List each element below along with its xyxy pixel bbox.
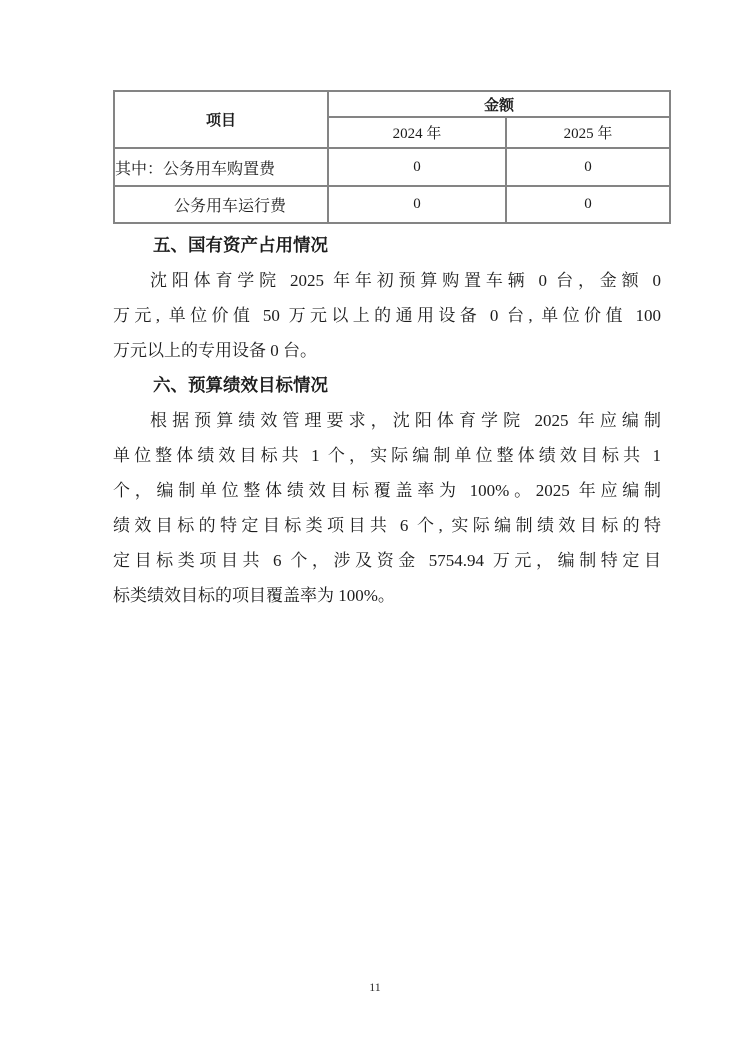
row-label-vehicle-operation: 公务用车运行费: [114, 186, 328, 223]
table-row: 其中：公务用车购置费 0 0: [114, 148, 670, 186]
paragraph-line: 单位整体绩效目标共 1 个，实际编制单位整体绩效目标共 1: [113, 438, 661, 473]
page-number: 11: [0, 980, 750, 995]
vehicle-purchase-2025-value: 0: [506, 148, 670, 186]
row-label-vehicle-purchase: 其中：公务用车购置费: [114, 148, 328, 186]
paragraph-line: 沈阳体育学院 2025 年年初预算购置车辆 0 台，金额 0: [113, 263, 661, 298]
table-row: 公务用车运行费 0 0: [114, 186, 670, 223]
paragraph-line: 个，编制单位整体绩效目标覆盖率为 100%。2025 年应编制: [113, 473, 661, 508]
vehicle-purchase-2024-value: 0: [328, 148, 506, 186]
vehicle-operation-2024-value: 0: [328, 186, 506, 223]
paragraph-line: 定目标类项目共 6 个，涉及资金 5754.94 万元，编制特定目: [113, 543, 661, 578]
paragraph-line: 标类绩效目标的项目覆盖率为 100%。: [113, 578, 661, 613]
document-page: 项目 金额 2024 年 2025 年 其中：公务用车购置费 0 0 公务用车运…: [0, 0, 750, 1061]
paragraph-line: 绩效目标的特定目标类项目共 6 个, 实际编制绩效目标的特: [113, 508, 661, 543]
paragraph-line: 根据预算绩效管理要求，沈阳体育学院 2025 年应编制: [113, 403, 661, 438]
table-header-year-2024: 2024 年: [328, 117, 506, 148]
section-heading-performance-targets: 六、预算绩效目标情况: [113, 368, 661, 403]
paragraph-line: 万元, 单位价值 50 万元以上的通用设备 0 台, 单位价值 100: [113, 298, 661, 333]
paragraph-line: 万元以上的专用设备 0 台。: [113, 333, 661, 368]
vehicle-operation-2025-value: 0: [506, 186, 670, 223]
table-header-year-2025: 2025 年: [506, 117, 670, 148]
document-body: 五、国有资产占用情况 沈阳体育学院 2025 年年初预算购置车辆 0 台，金额 …: [113, 228, 661, 613]
table-header-item: 项目: [114, 91, 328, 148]
vehicle-expense-table: 项目 金额 2024 年 2025 年 其中：公务用车购置费 0 0 公务用车运…: [113, 90, 671, 224]
table-header-amount: 金额: [328, 91, 670, 117]
section-heading-state-assets: 五、国有资产占用情况: [113, 228, 661, 263]
